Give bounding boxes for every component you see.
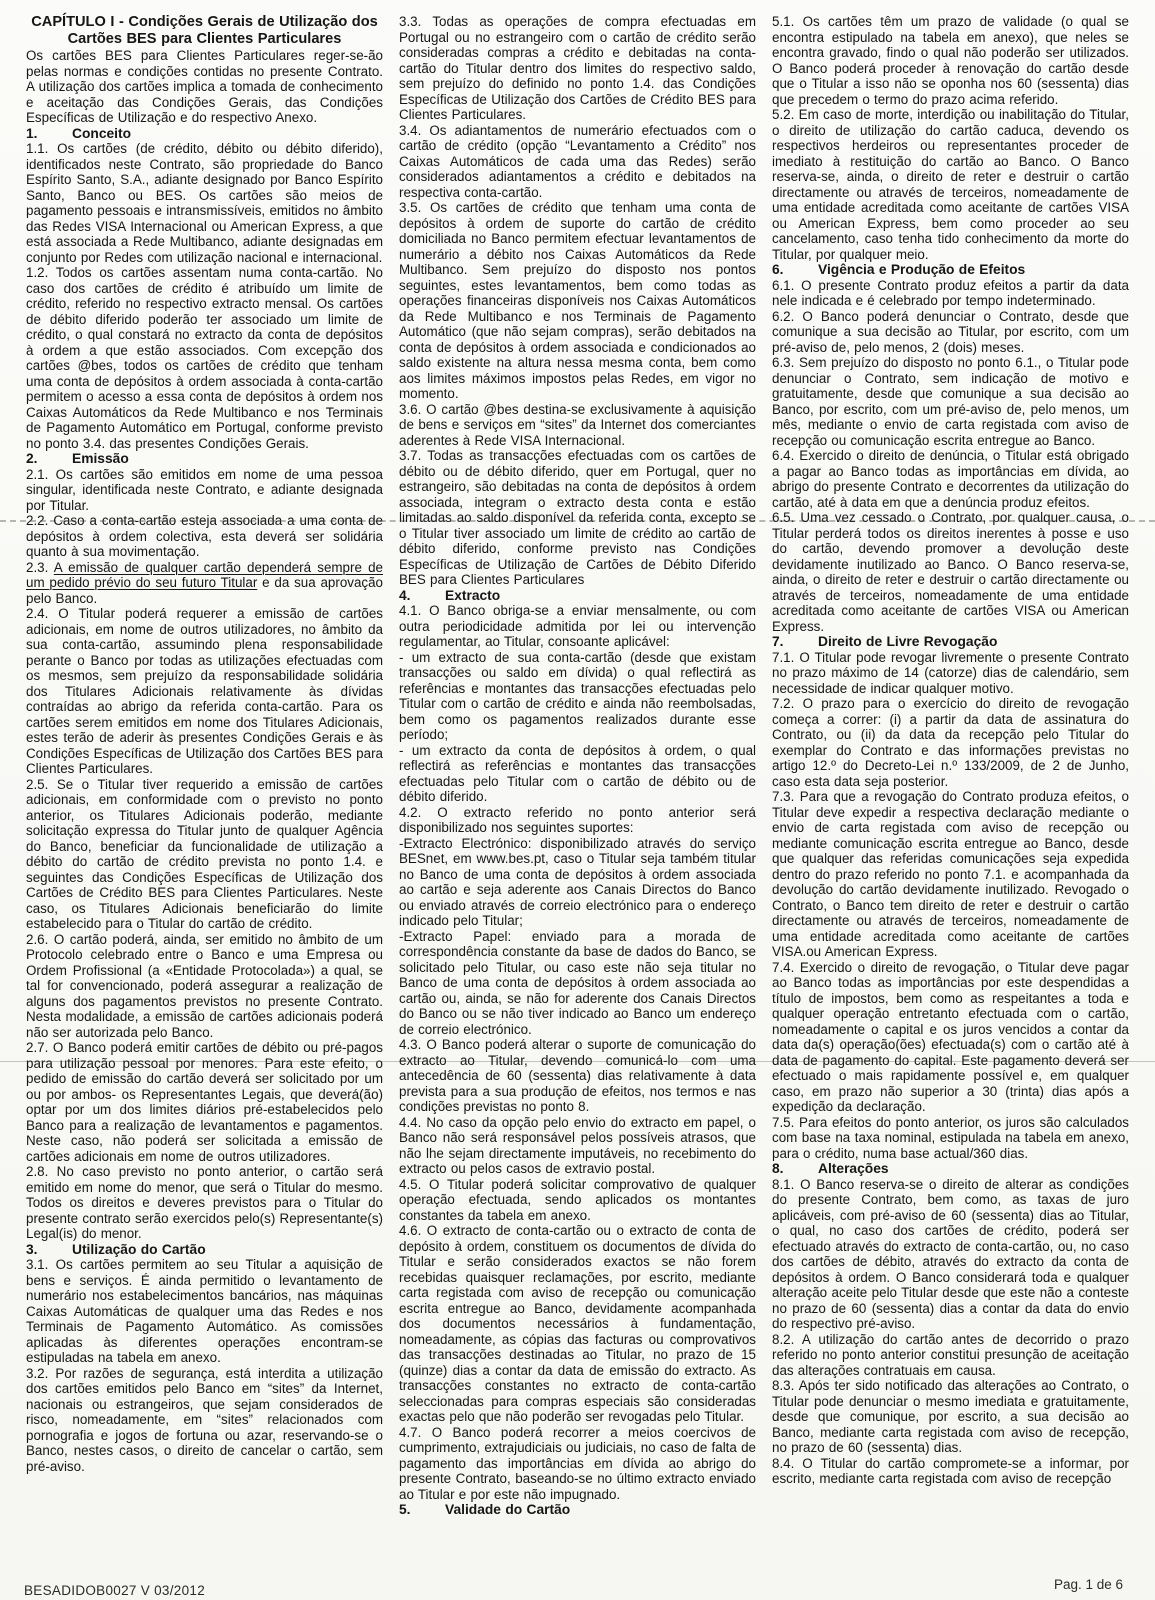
paragraph: 8.4. O Titular do cartão compromete-se a…: [772, 1456, 1129, 1487]
paragraph: 2.5. Se o Titular tiver requerido a emis…: [26, 777, 383, 932]
paragraph-text: 2.8. No caso previsto no ponto anterior,…: [26, 1164, 383, 1241]
paragraph: 5.1. Os cartões têm um prazo de validade…: [772, 14, 1129, 107]
section-number: 2.: [26, 451, 72, 467]
section-number: 3.: [26, 1242, 72, 1258]
paragraph-text: 3.1. Os cartões permitem ao seu Titular …: [26, 1257, 383, 1365]
paragraph-text: 4.5. O Titular poderá solicitar comprova…: [399, 1177, 756, 1223]
paragraph-text: 7.2. O prazo para o exercício do direito…: [772, 696, 1129, 789]
paragraph-text: 2.6. O cartão poderá, ainda, ser emitido…: [26, 932, 383, 1040]
section-heading: 3.Utilização do Cartão: [26, 1242, 383, 1258]
footer-doc-code: BESADIDOB0027 V 03/2012: [24, 1583, 205, 1598]
chapter-title: CAPÍTULO I - Condições Gerais de Utiliza…: [26, 14, 383, 47]
paragraph: 5.2. Em caso de morte, interdição ou ina…: [772, 107, 1129, 262]
section-title: Vigência e Produção de Efeitos: [818, 262, 1129, 278]
paragraph-text: 8.3. Após ter sido notificado das altera…: [772, 1378, 1129, 1455]
section-heading: 5.Validade do Cartão: [399, 1502, 756, 1518]
paragraph-text: - um extracto de sua conta-cartão (desde…: [399, 650, 756, 743]
section-heading: 1.Conceito: [26, 126, 383, 142]
paragraph: 1.1. Os cartões (de crédito, débito ou d…: [26, 141, 383, 265]
paragraph: 3.6. O cartão @bes destina-se exclusivam…: [399, 402, 756, 449]
paragraph: 2.3. A emissão de qualquer cartão depend…: [26, 560, 383, 607]
paragraph: 6.4. Exercido o direito de denúncia, o T…: [772, 448, 1129, 510]
paragraph-text: 6.1. O presente Contrato produz efeitos …: [772, 278, 1129, 309]
paragraph-text: 1.2. Todos os cartões assentam numa cont…: [26, 265, 383, 451]
paragraph-text: 4.4. No caso da opção pelo envio do extr…: [399, 1115, 756, 1177]
section-title: Emissão: [72, 451, 383, 467]
paragraph: 7.3. Para que a revogação do Contrato pr…: [772, 789, 1129, 960]
paragraph: 4.7. O Banco poderá recorrer a meios coe…: [399, 1425, 756, 1503]
paragraph-text: 4.1. O Banco obriga-se a enviar mensalme…: [399, 603, 756, 649]
paragraph-text: 3.2. Por razões de segurança, está inter…: [26, 1366, 383, 1474]
paragraph-text: 4.7. O Banco poderá recorrer a meios coe…: [399, 1425, 756, 1502]
paragraph: 4.3. O Banco poderá alterar o suporte de…: [399, 1037, 756, 1115]
section-title: Direito de Livre Revogação: [818, 634, 1129, 650]
paragraph: 6.3. Sem prejuízo do disposto no ponto 6…: [772, 355, 1129, 448]
section-number: 7.: [772, 634, 818, 650]
paragraph-text: - um extracto da conta de depósitos à or…: [399, 743, 756, 805]
paragraph: 3.2. Por razões de segurança, está inter…: [26, 1366, 383, 1475]
paragraph: 2.7. O Banco poderá emitir cartões de dé…: [26, 1040, 383, 1164]
paragraph: 2.8. No caso previsto no ponto anterior,…: [26, 1164, 383, 1242]
paragraph-text: Os cartões BES para Clientes Particulare…: [26, 48, 383, 125]
paragraph: 4.5. O Titular poderá solicitar comprova…: [399, 1177, 756, 1224]
paragraph: 7.5. Para efeitos do ponto anterior, os …: [772, 1115, 1129, 1162]
paragraph-text: 8.4. O Titular do cartão compromete-se a…: [772, 1456, 1129, 1487]
paragraph-text: 6.2. O Banco poderá denunciar o Contrato…: [772, 309, 1129, 355]
section-title: Alterações: [818, 1161, 1129, 1177]
paragraph-text: 3.7. Todas as transacções efectuadas com…: [399, 448, 756, 587]
paragraph-text: 7.5. Para efeitos do ponto anterior, os …: [772, 1115, 1129, 1161]
section-title: Conceito: [72, 126, 383, 142]
text-column-1: CAPÍTULO I - Condições Gerais de Utiliza…: [26, 14, 383, 1518]
paragraph: 6.2. O Banco poderá denunciar o Contrato…: [772, 309, 1129, 356]
paragraph-text: 6.3. Sem prejuízo do disposto no ponto 6…: [772, 355, 1129, 448]
footer-page-number: Pag. 1 de 6: [1054, 1577, 1123, 1592]
text-column-3: 5.1. Os cartões têm um prazo de validade…: [772, 14, 1129, 1518]
paragraph: -Extracto Papel: enviado para a morada d…: [399, 929, 756, 1038]
section-number: 1.: [26, 126, 72, 142]
paragraph: 7.2. O prazo para o exercício do direito…: [772, 696, 1129, 789]
paragraph: 8.3. Após ter sido notificado das altera…: [772, 1378, 1129, 1456]
paragraph: 3.5. Os cartões de crédito que tenham um…: [399, 200, 756, 402]
paragraph-text: 1.1. Os cartões (de crédito, débito ou d…: [26, 141, 383, 265]
paragraph-text: 8.1. O Banco reserva-se o direito de alt…: [772, 1177, 1129, 1332]
paragraph-text: 2.5. Se o Titular tiver requerido a emis…: [26, 777, 383, 932]
paragraph-text: 7.3. Para que a revogação do Contrato pr…: [772, 789, 1129, 959]
paragraph-text: 6.5. Uma vez cessado o Contrato, por qua…: [772, 510, 1129, 634]
section-heading: 2.Emissão: [26, 451, 383, 467]
paragraph: 3.1. Os cartões permitem ao seu Titular …: [26, 1257, 383, 1366]
paragraph-text: 2.4. O Titular poderá requerer a emissão…: [26, 606, 383, 776]
paragraph-text: 6.4. Exercido o direito de denúncia, o T…: [772, 448, 1129, 510]
section-number: 4.: [399, 588, 445, 604]
section-title: Extracto: [445, 588, 756, 604]
paragraph: 2.2. Caso a conta-cartão esteja associad…: [26, 513, 383, 560]
section-heading: 4.Extracto: [399, 588, 756, 604]
paragraph: - um extracto de sua conta-cartão (desde…: [399, 650, 756, 743]
paragraph-text: 5.1. Os cartões têm um prazo de validade…: [772, 14, 1129, 107]
paragraph: 7.4. Exercido o direito de revogação, o …: [772, 960, 1129, 1115]
paragraph: 3.3. Todas as operações de compra efectu…: [399, 14, 756, 123]
section-number: 6.: [772, 262, 818, 278]
paragraph: 3.7. Todas as transacções efectuadas com…: [399, 448, 756, 588]
paragraph: 4.1. O Banco obriga-se a enviar mensalme…: [399, 603, 756, 650]
paragraph-text: 4.3. O Banco poderá alterar o suporte de…: [399, 1037, 756, 1114]
paragraph-text: 8.2. A utilização do cartão antes de dec…: [772, 1332, 1129, 1378]
paragraph: 6.5. Uma vez cessado o Contrato, por qua…: [772, 510, 1129, 634]
paragraph: 4.6. O extracto de conta-cartão ou o ext…: [399, 1223, 756, 1425]
paragraph: 6.1. O presente Contrato produz efeitos …: [772, 278, 1129, 309]
paragraph: 4.4. No caso da opção pelo envio do extr…: [399, 1115, 756, 1177]
paragraph: 2.4. O Titular poderá requerer a emissão…: [26, 606, 383, 777]
section-number: 5.: [399, 1502, 445, 1518]
paragraph: 3.4. Os adiantamentos de numerário efect…: [399, 123, 756, 201]
paragraph: 2.6. O cartão poderá, ainda, ser emitido…: [26, 932, 383, 1041]
paragraph: 1.2. Todos os cartões assentam numa cont…: [26, 265, 383, 451]
section-heading: 7.Direito de Livre Revogação: [772, 634, 1129, 650]
paragraph: 2.1. Os cartões são emitidos em nome de …: [26, 467, 383, 514]
paragraph-text: 2.1. Os cartões são emitidos em nome de …: [26, 467, 383, 513]
document-page: CAPÍTULO I - Condições Gerais de Utiliza…: [0, 0, 1155, 1600]
paragraph: 8.2. A utilização do cartão antes de dec…: [772, 1332, 1129, 1379]
section-number: 8.: [772, 1161, 818, 1177]
paragraph-text: -Extracto Electrónico: disponibilizado a…: [399, 836, 756, 929]
chapter-title-line: CAPÍTULO I - Condições Gerais de Utiliza…: [26, 14, 383, 31]
text-column-2: 3.3. Todas as operações de compra efectu…: [399, 14, 756, 1518]
section-heading: 8.Alterações: [772, 1161, 1129, 1177]
three-column-text-layout: CAPÍTULO I - Condições Gerais de Utiliza…: [26, 14, 1129, 1518]
paragraph-text: 3.3. Todas as operações de compra efectu…: [399, 14, 756, 122]
paragraph-text: 4.2. O extracto referido no ponto anteri…: [399, 805, 756, 836]
paragraph: 4.2. O extracto referido no ponto anteri…: [399, 805, 756, 836]
paragraph-text: 7.1. O Titular pode revogar livremente o…: [772, 650, 1129, 696]
section-heading: 6.Vigência e Produção de Efeitos: [772, 262, 1129, 278]
paragraph-text: 3.6. O cartão @bes destina-se exclusivam…: [399, 402, 756, 448]
paragraph: - um extracto da conta de depósitos à or…: [399, 743, 756, 805]
paragraph: Os cartões BES para Clientes Particulare…: [26, 48, 383, 126]
paragraph-text: 2.2. Caso a conta-cartão esteja associad…: [26, 513, 383, 559]
paragraph-text: 7.4. Exercido o direito de revogação, o …: [772, 960, 1129, 1115]
section-title: Utilização do Cartão: [72, 1242, 383, 1258]
section-title: Validade do Cartão: [445, 1502, 756, 1518]
paragraph-text: 2.3.: [26, 560, 54, 575]
paragraph: 8.1. O Banco reserva-se o direito de alt…: [772, 1177, 1129, 1332]
paragraph-text: -Extracto Papel: enviado para a morada d…: [399, 929, 756, 1037]
paragraph: -Extracto Electrónico: disponibilizado a…: [399, 836, 756, 929]
paragraph-text: 5.2. Em caso de morte, interdição ou ina…: [772, 107, 1129, 262]
paragraph-text: 4.6. O extracto de conta-cartão ou o ext…: [399, 1223, 756, 1424]
paragraph: 7.1. O Titular pode revogar livremente o…: [772, 650, 1129, 697]
chapter-title-line: Cartões BES para Clientes Particulares: [26, 31, 383, 48]
paragraph-text: 3.4. Os adiantamentos de numerário efect…: [399, 123, 756, 200]
paragraph-text: 3.5. Os cartões de crédito que tenham um…: [399, 200, 756, 401]
paragraph-text: 2.7. O Banco poderá emitir cartões de dé…: [26, 1040, 383, 1164]
